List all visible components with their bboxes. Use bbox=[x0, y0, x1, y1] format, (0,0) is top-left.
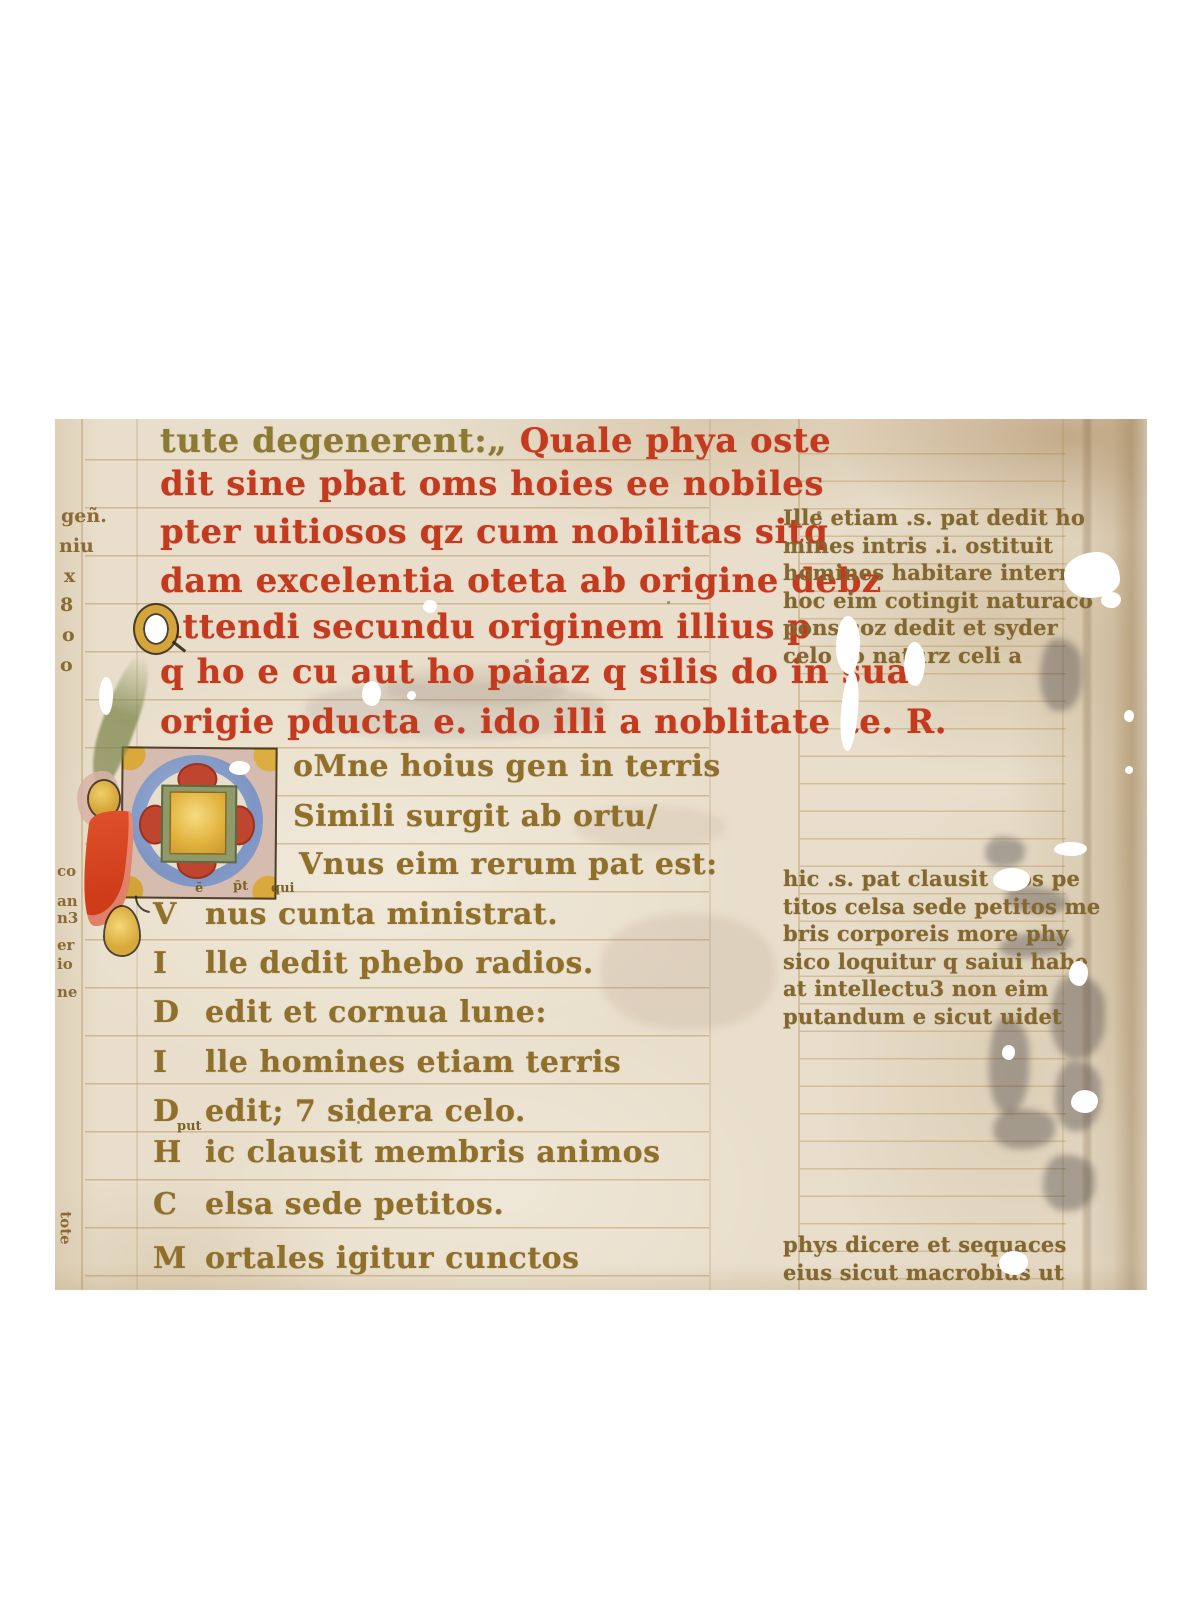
poem-text: lle homines etiam terris bbox=[205, 1045, 621, 1080]
ink-speck bbox=[667, 601, 670, 604]
gloss-block-top: Ille etiam .s. pat dedit ho mines intris… bbox=[783, 504, 1093, 669]
ghost-inscription bbox=[993, 1109, 1055, 1149]
damage-hole bbox=[993, 868, 1030, 891]
manuscript-photo: tute degenerent:„ Quale phya oste dit si… bbox=[55, 419, 1147, 1290]
poem-text: nus cunta ministrat. bbox=[205, 897, 558, 932]
margin-fragment: 8 bbox=[60, 594, 73, 616]
margin-fragment: o bbox=[60, 654, 73, 676]
rubric-line: dit sine pbat oms hoies ee nobiles bbox=[160, 464, 824, 504]
versal-initial: D bbox=[153, 1094, 205, 1129]
rubric-line: origie pducta e. ido illi a noblitate te… bbox=[160, 702, 947, 742]
versal-initial: V bbox=[153, 897, 205, 932]
damage-hole bbox=[99, 677, 113, 715]
margin-fragment: io bbox=[57, 955, 73, 973]
interlinear-gloss: ē bbox=[195, 881, 203, 896]
ghost-inscription bbox=[989, 1017, 1029, 1113]
ghost-inscription bbox=[985, 837, 1025, 867]
red-text: Quale phya oste bbox=[520, 421, 832, 461]
poem-text: ic clausit membris animos bbox=[205, 1135, 660, 1170]
versal-initial: M bbox=[153, 1241, 205, 1276]
poem-line: Celsa sede petitos. bbox=[153, 1187, 504, 1222]
damage-hole bbox=[407, 691, 416, 700]
damage-hole bbox=[1002, 1045, 1015, 1060]
initial-gold-center bbox=[171, 793, 226, 853]
damage-hole bbox=[999, 1251, 1028, 1275]
gloss-line: titos celsa sede petitos me bbox=[783, 893, 1100, 921]
damage-hole bbox=[1071, 1090, 1098, 1113]
damage-hole bbox=[904, 642, 925, 686]
margin-fragment: niu bbox=[59, 535, 94, 557]
poem-text: elsa sede petitos. bbox=[205, 1187, 504, 1222]
interlinear-gloss: p̄t bbox=[233, 879, 248, 894]
gloss-line: in libro 8. sup somnii sci bbox=[783, 1286, 1079, 1290]
gloss-block-bottom: phys dicere et sequaces eius sicut macro… bbox=[783, 1231, 1079, 1290]
gloss-line: Ille etiam .s. pat dedit ho bbox=[783, 504, 1093, 532]
damage-hole bbox=[1054, 842, 1087, 856]
bleed-through-smudge bbox=[600, 914, 775, 1029]
poem-line: Simili surgit ab ortu/ bbox=[293, 799, 658, 834]
ghost-inscription bbox=[1043, 1155, 1095, 1211]
poem-line: Dedit; 7 sidera celo. bbox=[153, 1094, 526, 1129]
damage-hole bbox=[229, 761, 250, 775]
poem-line: Ille dedit phebo radios. bbox=[153, 946, 594, 981]
margin-fragment: ne bbox=[57, 983, 77, 1001]
margin-fragment: x bbox=[64, 565, 75, 587]
poem-line: oMne hoius gen in terris bbox=[293, 749, 721, 784]
damage-hole bbox=[1125, 766, 1133, 774]
damage-hole bbox=[836, 616, 860, 674]
rubric-line: attendi secundu originem illius p bbox=[160, 607, 812, 647]
gloss-block-middle: hic .s. pat clausit aios pe titos celsa … bbox=[783, 865, 1100, 1030]
gloss-line: phys dicere et sequaces bbox=[783, 1231, 1079, 1259]
poem-text: ortales igitur cunctos bbox=[205, 1241, 580, 1276]
olive-text-fragment: tute degenerent: bbox=[160, 421, 487, 461]
line-end-flourish: „ bbox=[487, 421, 507, 461]
margin-fragment: n3 bbox=[57, 909, 78, 927]
parchment-edge-shadow bbox=[1113, 419, 1147, 1290]
margin-fragment: o bbox=[62, 624, 75, 646]
versal-initial: I bbox=[153, 946, 205, 981]
gold-ring-ornament bbox=[135, 605, 177, 653]
interlinear-gloss: qui bbox=[271, 881, 294, 896]
gloss-line: putandum e sicut uidet bbox=[783, 1003, 1100, 1031]
versal-initial: I bbox=[153, 1045, 205, 1080]
poem-line: Hic clausit membris animos bbox=[153, 1135, 660, 1170]
poem-text: edit et cornua lune: bbox=[205, 995, 547, 1030]
poem-line: Mortales igitur cunctos bbox=[153, 1241, 580, 1276]
damage-hole bbox=[1101, 592, 1121, 608]
margin-fragment: er bbox=[57, 936, 74, 954]
margin-rotated-note: tote bbox=[57, 1211, 75, 1244]
versal-initial: H bbox=[153, 1135, 205, 1170]
versal-initial: D bbox=[153, 995, 205, 1030]
damage-hole bbox=[423, 600, 437, 613]
gloss-line: eius sicut macrobius ut bbox=[783, 1259, 1079, 1287]
gloss-line: sico loquitur q saiui habe bbox=[783, 948, 1100, 976]
rubric-line: dam excelentia oteta ab origine debz bbox=[160, 561, 882, 601]
rubric-line: pter uitiosos qz cum nobilitas sitq bbox=[160, 512, 828, 552]
poem-text: edit; 7 sidera celo. bbox=[205, 1094, 526, 1129]
gloss-line: hic .s. pat clausit aios pe bbox=[783, 865, 1100, 893]
poem-line: Vnus cunta ministrat. bbox=[153, 897, 558, 932]
poem-line: Ille homines etiam terris bbox=[153, 1045, 621, 1080]
damage-hole bbox=[1069, 961, 1088, 986]
gloss-line: mines intris .i. ostituit bbox=[783, 532, 1093, 560]
versal-initial: C bbox=[153, 1187, 205, 1222]
poem-line: Vnus eim rerum pat est: bbox=[299, 847, 718, 882]
margin-fragment: an bbox=[57, 892, 78, 910]
illuminated-initial-O bbox=[120, 746, 277, 899]
gloss-line: pons coz dedit et syder bbox=[783, 614, 1093, 642]
margin-fragment: co bbox=[57, 862, 76, 880]
gloss-line: homines habitare interra bbox=[783, 559, 1093, 587]
damage-hole bbox=[362, 681, 381, 706]
poem-line: Dedit et cornua lune: bbox=[153, 995, 547, 1030]
page: { "ink": { "red": "#c43a1e", "olive": "#… bbox=[0, 0, 1200, 1601]
gloss-line: bris corporeis more phy bbox=[783, 920, 1100, 948]
gloss-line: at intellectu3 non eim bbox=[783, 975, 1100, 1003]
damage-hole bbox=[1124, 710, 1134, 722]
margin-fragment: geñ. bbox=[61, 505, 107, 527]
rubric-line: tute degenerent:„ Quale phya oste bbox=[160, 421, 831, 461]
gloss-line: celo ro naturz celi a bbox=[783, 642, 1093, 670]
gloss-line: hoc eim cotingit naturaco bbox=[783, 587, 1093, 615]
poem-text: lle dedit phebo radios. bbox=[205, 946, 594, 981]
